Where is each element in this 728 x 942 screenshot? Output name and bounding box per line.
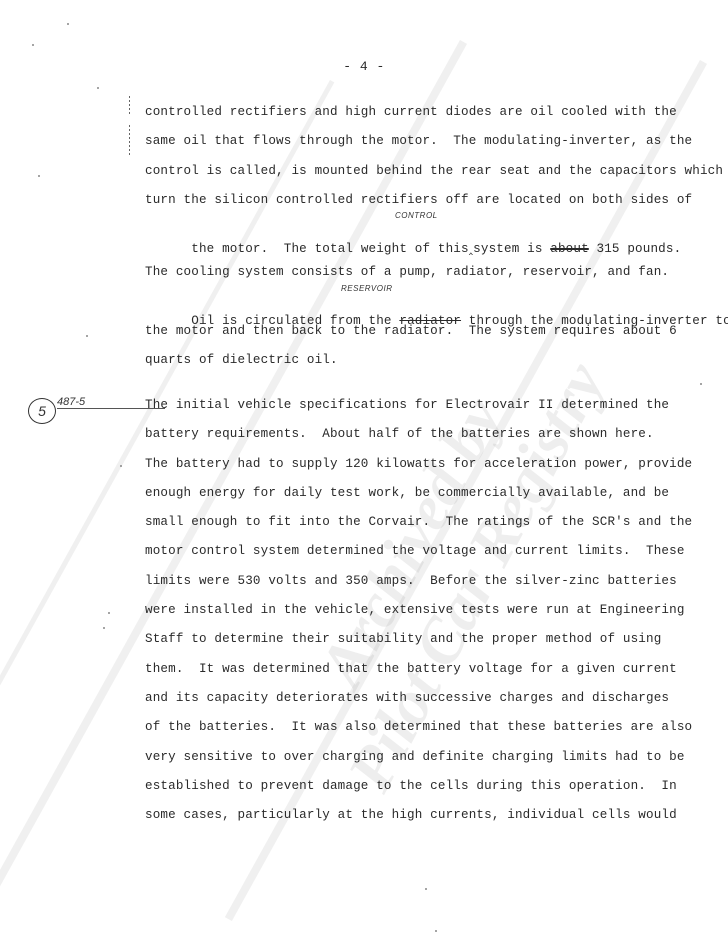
text-line: The initial vehicle specifications for E… [145,395,715,424]
text-line: Oil is circulated from the radiator thro… [145,291,715,320]
scan-speck [700,383,702,385]
text-line: enough energy for daily test work, be co… [145,483,715,512]
scan-speck [67,23,69,25]
scan-speck [86,335,88,337]
text-segment: the motor. The total weight of this [191,242,468,256]
scan-speck [97,87,99,89]
margin-mark [129,96,130,114]
text-line: the motor. The total weight of this‸syst… [145,219,715,248]
scan-speck [103,627,105,629]
page-number: - 4 - [0,59,728,74]
struck-word: about [550,242,589,256]
scan-speck [425,888,427,890]
text-line: The cooling system consists of a pump, r… [145,262,715,291]
text-segment: through the modulating-inverter to [461,314,728,328]
text-line: them. It was determined that the battery… [145,659,715,688]
paragraph-2: The cooling system consists of a pump, r… [145,262,715,379]
text-line: The battery had to supply 120 kilowatts … [145,454,715,483]
handwritten-annotation-reservoir: RESERVOIR [341,279,392,299]
text-segment: Oil is circulated from the [191,314,399,328]
text-line: some cases, particularly at the high cur… [145,805,715,834]
text-line: controlled rectifiers and high current d… [145,102,715,131]
text-line: very sensitive to over charging and defi… [145,747,715,776]
scan-speck [38,175,40,177]
text-line: of the batteries. It was also determined… [145,717,715,746]
text-line: limits were 530 volts and 350 amps. Befo… [145,571,715,600]
margin-mark [129,125,130,155]
handwritten-annotation-control: CONTROL [395,206,438,226]
text-segment: system is [473,242,550,256]
text-segment: 315 pounds. [589,242,682,256]
text-line: quarts of dielectric oil. [145,350,715,379]
text-line: small enough to fit into the Corvair. Th… [145,512,715,541]
text-line: same oil that flows through the motor. T… [145,131,715,160]
scan-speck [108,612,110,614]
scan-speck [435,930,437,932]
circled-number: 5 [28,398,56,424]
text-line: were installed in the vehicle, extensive… [145,600,715,629]
text-line: battery requirements. About half of the … [145,424,715,453]
struck-word: radiator [399,314,461,328]
text-line: motor control system determined the volt… [145,541,715,570]
scan-speck [120,465,122,467]
scan-speck [32,44,34,46]
text-line: established to prevent damage to the cel… [145,776,715,805]
document-page: Archived by Pilot Car Registry - 4 - con… [0,0,728,942]
text-line: Staff to determine their suitability and… [145,629,715,658]
paragraph-3: The initial vehicle specifications for E… [145,395,715,834]
text-line: control is called, is mounted behind the… [145,161,715,190]
paragraph-1: controlled rectifiers and high current d… [145,102,715,248]
text-line: and its capacity deteriorates with succe… [145,688,715,717]
